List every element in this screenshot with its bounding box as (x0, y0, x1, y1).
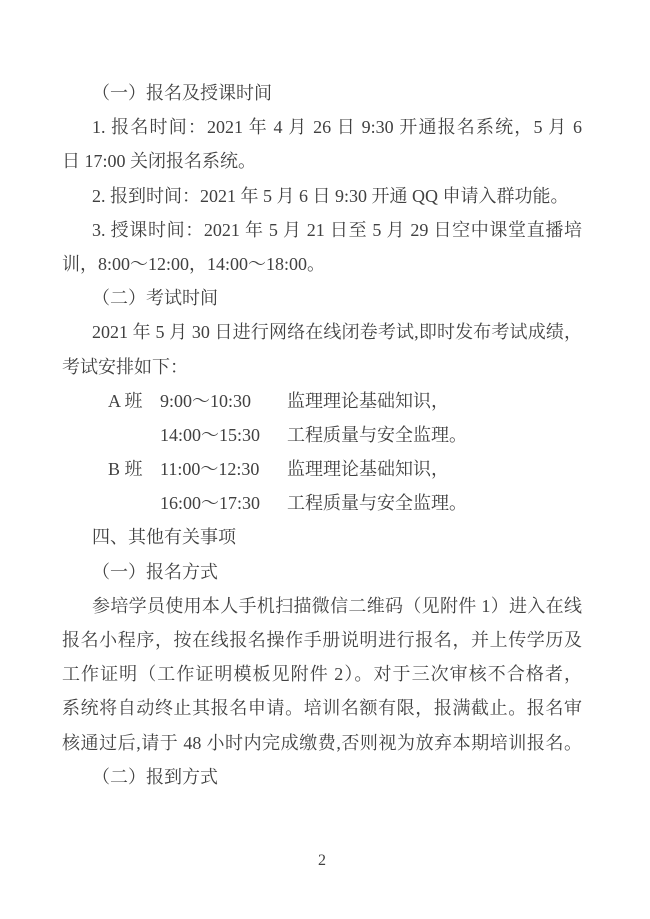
class-label: B 班 (108, 452, 160, 486)
page-number: 2 (62, 846, 582, 876)
para-class-time-line-1: 3. 授课时间：2021 年 5 月 21 日至 5 月 29 日空中课堂直播培 (62, 213, 582, 247)
exam-subject: 工程质量与安全监理。 (287, 418, 582, 452)
exam-subject: 监理理论基础知识， (287, 384, 582, 418)
para-registration-method-line-3: 工作证明（工作证明模板见附件 2）。对于三次审核不合格者， (62, 657, 582, 691)
class-label: A 班 (108, 384, 160, 418)
para-registration-method-line-1: 参培学员使用本人手机扫描微信二维码（见附件 1）进入在线 (62, 589, 582, 623)
para-registration-time-line-1: 1. 报名时间：2021 年 4 月 26 日 9:30 开通报名系统，5 月 … (62, 110, 582, 144)
para-registration-time-line-2: 日 17:00 关闭报名系统。 (62, 144, 582, 178)
subsection-heading-checkin-method: （二）报到方式 (62, 760, 582, 794)
para-exam-info-line-2: 考试安排如下： (62, 350, 582, 384)
para-registration-method-line-4: 系统将自动终止其报名申请。培训名额有限，报满截止。报名审 (62, 691, 582, 725)
document-page: （一）报名及授课时间 1. 报名时间：2021 年 4 月 26 日 9:30 … (0, 0, 650, 919)
exam-time: 11:00～12:30 (160, 452, 287, 486)
para-registration-method-line-5: 核通过后,请于 48 小时内完成缴费,否则视为放弃本期培训报名。 (62, 726, 582, 760)
exam-schedule-row-a-1: A 班 9:00～10:30 监理理论基础知识， (62, 384, 582, 418)
class-label (108, 418, 160, 452)
para-exam-info-line-1: 2021 年 5 月 30 日进行网络在线闭卷考试,即时发布考试成绩， (62, 315, 582, 349)
para-class-time-line-2: 训，8:00～12:00，14:00～18:00。 (62, 247, 582, 281)
para-checkin-time: 2. 报到时间：2021 年 5 月 6 日 9:30 开通 QQ 申请入群功能… (62, 179, 582, 213)
exam-subject: 工程质量与安全监理。 (287, 486, 582, 520)
exam-schedule-row-a-2: 14:00～15:30 工程质量与安全监理。 (62, 418, 582, 452)
section-heading-other-matters: 四、其他有关事项 (62, 520, 582, 554)
exam-subject: 监理理论基础知识， (287, 452, 582, 486)
exam-time: 14:00～15:30 (160, 418, 287, 452)
exam-schedule-row-b-1: B 班 11:00～12:30 监理理论基础知识， (62, 452, 582, 486)
exam-time: 9:00～10:30 (160, 384, 287, 418)
subsection-heading-registration-and-class-time: （一）报名及授课时间 (62, 76, 582, 110)
exam-time: 16:00～17:30 (160, 486, 287, 520)
para-registration-method-line-2: 报名小程序，按在线报名操作手册说明进行报名，并上传学历及 (62, 623, 582, 657)
document-body: （一）报名及授课时间 1. 报名时间：2021 年 4 月 26 日 9:30 … (62, 76, 582, 794)
subsection-heading-exam-time: （二）考试时间 (62, 281, 582, 315)
class-label (108, 486, 160, 520)
subsection-heading-registration-method: （一）报名方式 (62, 555, 582, 589)
exam-schedule-row-b-2: 16:00～17:30 工程质量与安全监理。 (62, 486, 582, 520)
